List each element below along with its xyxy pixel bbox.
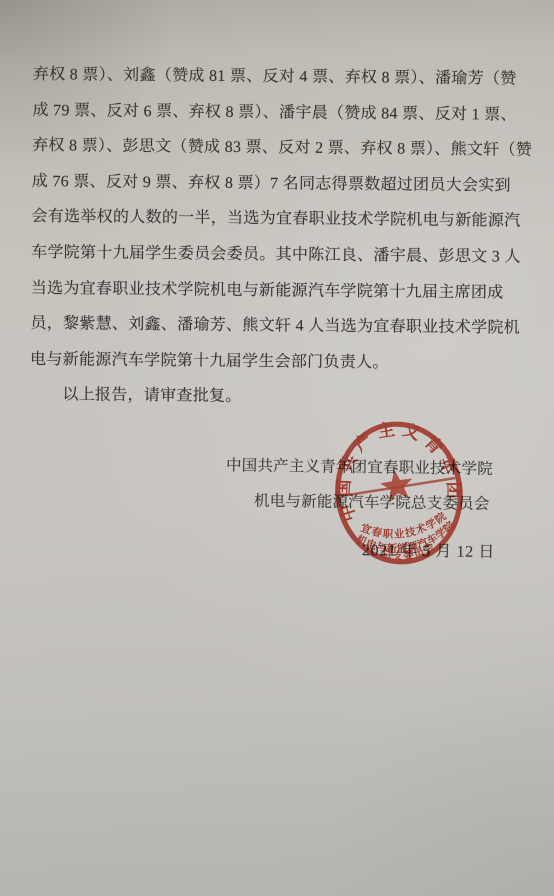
- body-line: 当选为宜春职业技术学院机电与新能源汽车学院第十九届主席团成: [31, 271, 536, 311]
- body-line: 车学院第十九届学生委员会委员。其中陈江良、潘宇晨、彭思文 3 人: [31, 235, 536, 275]
- body-line: 以上报告，请审查批复。: [30, 377, 535, 417]
- seal-outer-text: 中国共产主义青年团: [327, 413, 467, 525]
- body-line: 弃权 8 票）、彭思文（赞成 83 票、反对 2 票、弃权 8 票）、熊文轩（赞: [32, 128, 537, 168]
- body-text: 弃权 8 票）、刘鑫（赞成 81 票、反对 4 票、弃权 8 票）、潘瑜芳（赞成…: [30, 57, 538, 418]
- body-line: 会有选举权的人数的一半，当选为宜春职业技术学院机电与新能源汽: [31, 199, 536, 239]
- body-line: 成 76 票、反对 9 票、弃权 8 票）7 名同志得票数超过团员大会实到: [32, 164, 537, 204]
- svg-text:中国共产主义青年团: 中国共产主义青年团: [327, 413, 467, 525]
- body-line: 成 79 票、反对 6 票、弃权 8 票）、潘宇晨（赞成 84 票、反对 1 票…: [32, 93, 537, 133]
- body-line: 弃权 8 票）、刘鑫（赞成 81 票、反对 4 票、弃权 8 票）、潘瑜芳（赞: [33, 57, 538, 97]
- body-line: 员，黎紫慧、刘鑫、潘瑜芳、熊文轩 4 人当选为宜春职业技术学院机: [30, 306, 535, 346]
- document-photo: 弃权 8 票）、刘鑫（赞成 81 票、反对 4 票、弃权 8 票）、潘瑜芳（赞成…: [0, 0, 554, 896]
- body-line: 电与新能源汽车学院第十九届学生会部门负责人。: [30, 342, 535, 382]
- official-seal: 中国共产主义青年团 宜春职业技术学院 机电与新能源汽车学院 总支委员会: [327, 413, 473, 573]
